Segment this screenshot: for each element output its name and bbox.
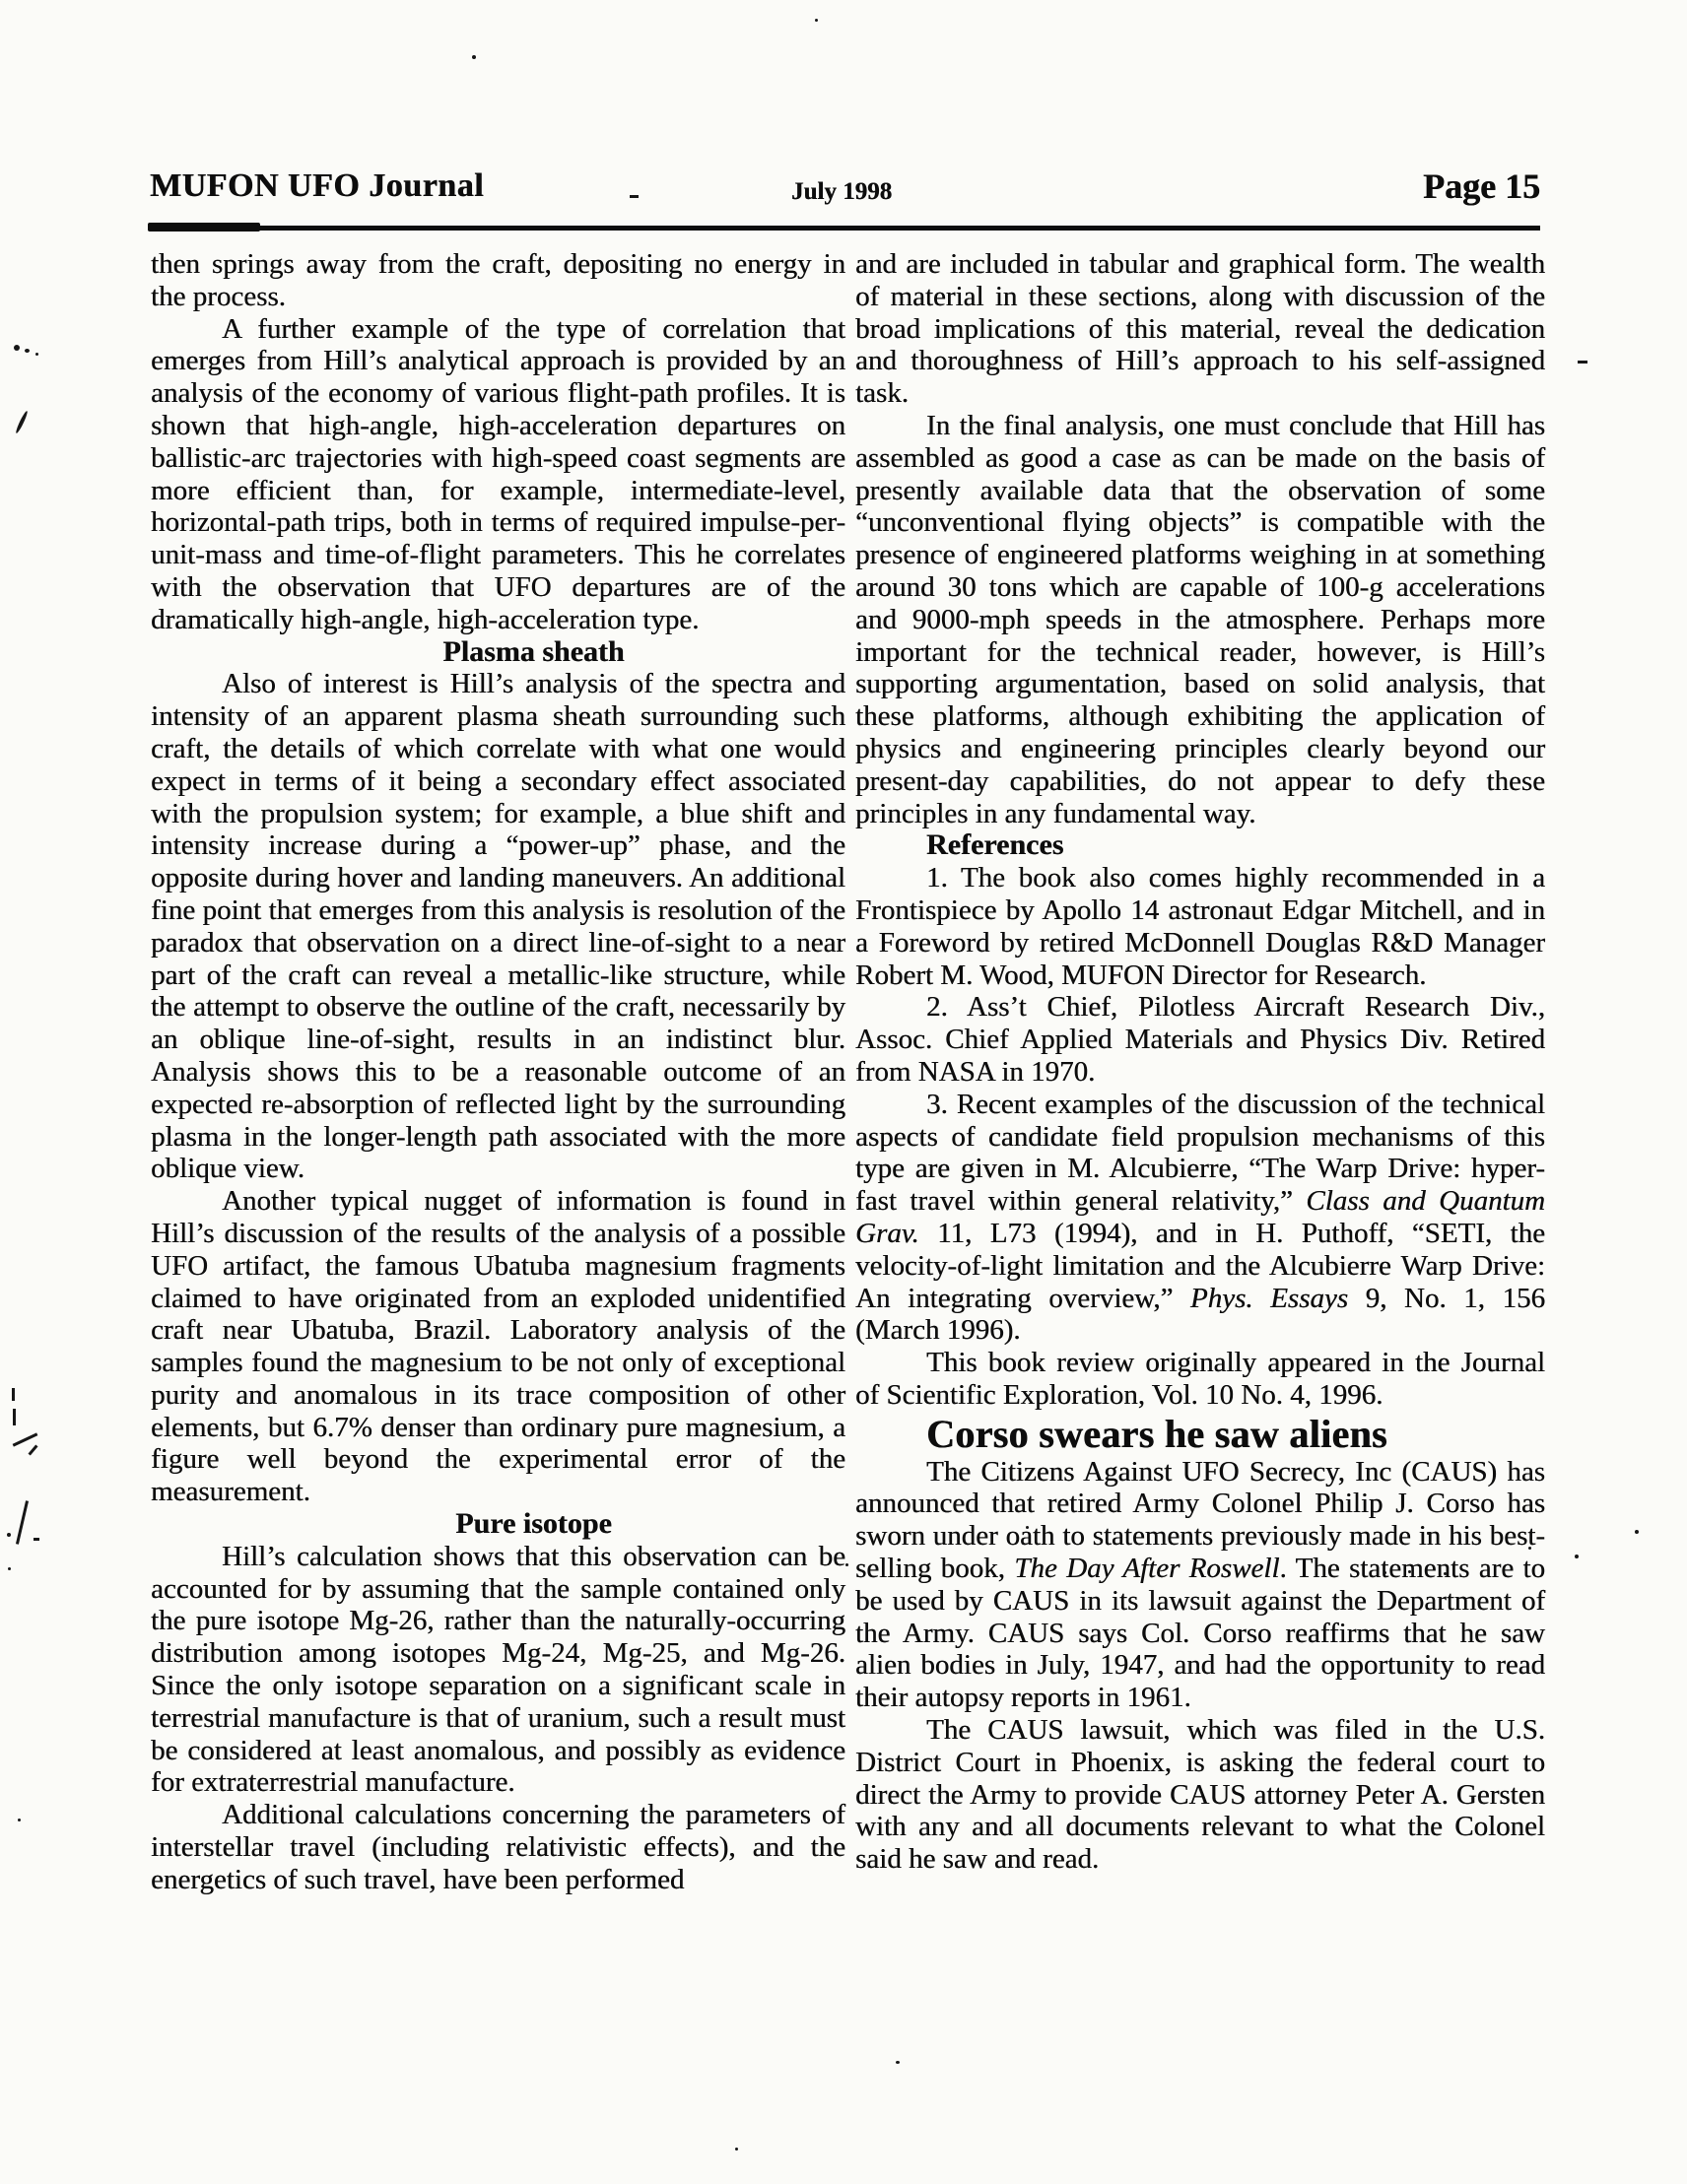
right-column: and are included in tabular and graphica… [855, 248, 1545, 1876]
paragraph-plasma-sheath: Also of interest is Hill’s analysis of t… [151, 668, 845, 1185]
reference-3-journal-2: Phys. Essays [1190, 1283, 1348, 1314]
reference-item-1: 1. The book also comes highly recommende… [855, 862, 1545, 991]
scan-artifact [1026, 1526, 1029, 1529]
scan-artifact [12, 1388, 15, 1401]
header-issue-date: July 1998 [791, 178, 892, 206]
scan-artifact [896, 2061, 900, 2064]
paragraph-ubatuba: Another typical nugget of information is… [151, 1185, 845, 1508]
scan-artifact [16, 1500, 29, 1545]
scan-artifact [1635, 1530, 1639, 1534]
scan-artifact [1427, 1532, 1430, 1535]
paragraph-continuation: then springs away from the craft, deposi… [151, 248, 845, 313]
scan-artifact [25, 349, 30, 353]
scan-artifact [14, 345, 20, 351]
references-heading: References [855, 829, 1545, 862]
scan-artifact [815, 19, 818, 22]
scan-artifact [845, 1563, 848, 1566]
section-heading-pure-isotope: Pure isotope [151, 1508, 845, 1541]
paragraph-continuation: and are included in tabular and graphica… [855, 248, 1545, 410]
scan-artifact [630, 195, 639, 198]
scan-artifact [735, 2148, 738, 2151]
reference-item-2: 2. Ass’t Chief, Pilotless Aircraft Resea… [855, 991, 1545, 1088]
scan-artifact [13, 1409, 16, 1425]
scan-artifact [1383, 1571, 1386, 1574]
scan-artifact [34, 1538, 39, 1541]
scan-artifact [35, 353, 38, 356]
paragraph-corso-lawsuit: The CAUS lawsuit, which was filed in the… [855, 1714, 1545, 1876]
scan-artifact [472, 55, 476, 59]
scan-artifact [15, 410, 29, 433]
header-journal-title: MUFON UFO Journal [150, 167, 484, 205]
paragraph-additional-calculations: Additional calculations concerning the p… [151, 1799, 845, 1895]
scan-artifact [8, 1567, 11, 1570]
paragraph-flight-path: A further example of the type of correla… [151, 313, 845, 636]
scan-artifact [1408, 1570, 1411, 1573]
header-rule [148, 226, 1540, 231]
header-page-number: Page 15 [1423, 165, 1540, 207]
section-heading-plasma-sheath: Plasma sheath [151, 636, 845, 669]
corso-book-title: The Day After Roswell [1014, 1553, 1279, 1584]
scan-artifact [28, 1444, 37, 1455]
scan-artifact [7, 1533, 11, 1537]
scanned-journal-page: MUFON UFO Journal July 1998 Page 15 then… [0, 0, 1687, 2184]
article-headline-corso: Corso swears he saw aliens [855, 1412, 1545, 1456]
header-rule-thick-segment [148, 223, 260, 232]
paragraph-final-analysis: In the final analysis, one must conclude… [855, 410, 1545, 829]
scan-artifact [1528, 1547, 1531, 1550]
left-column: then springs away from the craft, deposi… [151, 248, 845, 1896]
paragraph-isotope: Hill’s calculation shows that this obser… [151, 1541, 845, 1799]
scan-artifact [1578, 361, 1587, 364]
paragraph-review-note: This book review originally appeared in … [855, 1347, 1545, 1412]
reference-item-3: 3. Recent examples of the discussion of … [855, 1089, 1545, 1347]
paragraph-corso-caus: The Citizens Against UFO Secrecy, Inc (C… [855, 1456, 1545, 1714]
scan-artifact [18, 1819, 21, 1821]
scan-artifact [1444, 1572, 1447, 1575]
scan-artifact [1575, 1555, 1579, 1558]
